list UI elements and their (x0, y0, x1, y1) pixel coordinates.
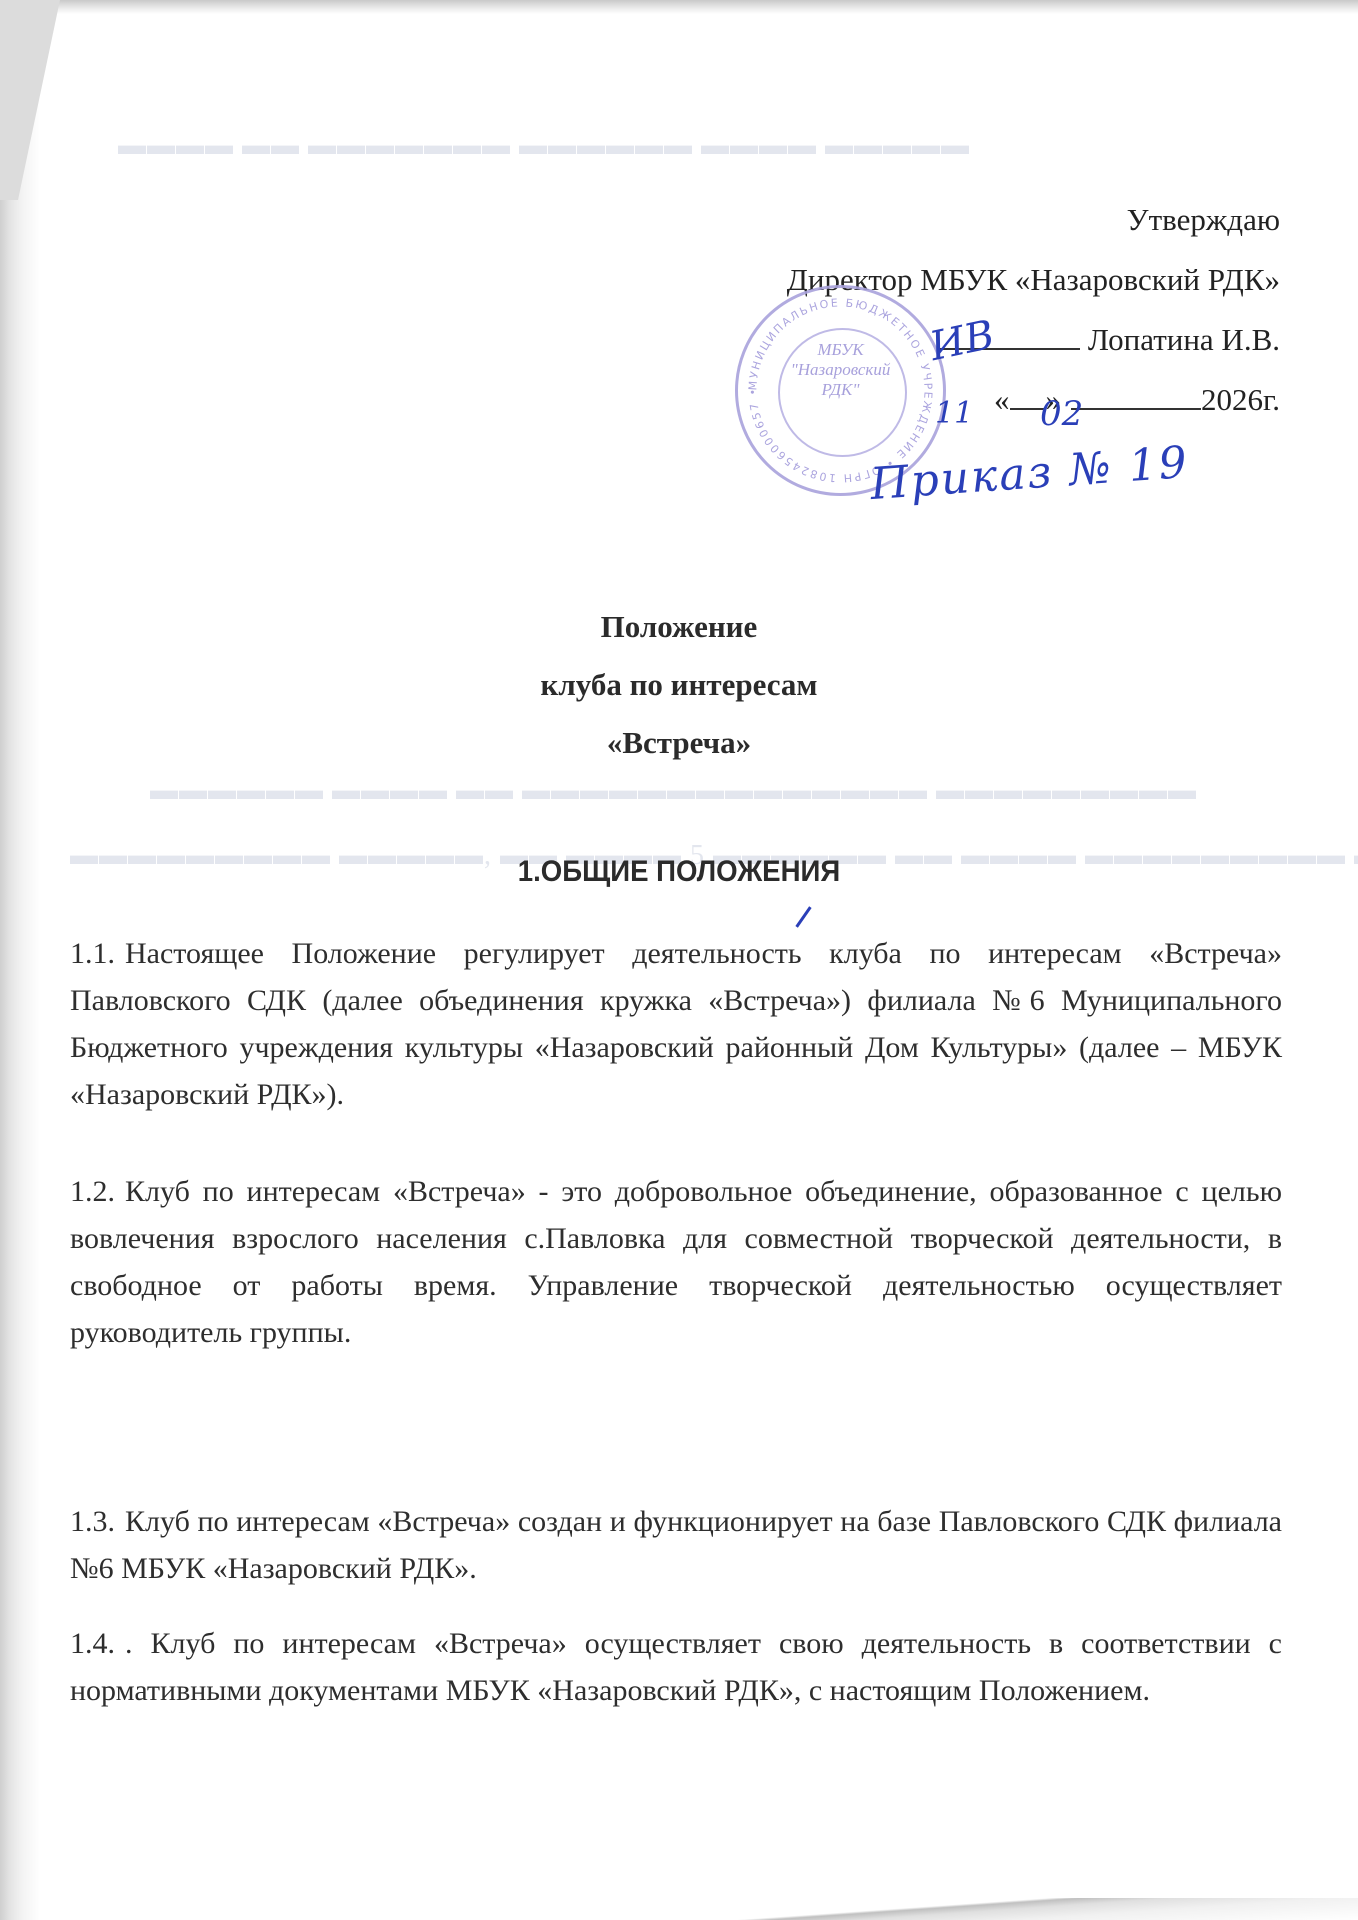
title-line-1: Положение (0, 598, 1358, 656)
signatory-name: Лопатина И.В. (1088, 322, 1280, 357)
paragraph-number: 1.1. (70, 937, 115, 970)
stamp-center-line: РДК" (738, 380, 943, 400)
handwritten-month: 02 (1040, 394, 1083, 434)
paragraph-1-3: 1.3.Клуб по интересам «Встреча» создан и… (70, 1498, 1282, 1592)
paragraph-1-1: 1.1.Настоящее Положение регулирует деяте… (70, 930, 1282, 1118)
paragraph-number: 1.2. (70, 1175, 115, 1208)
date-open-quote: « (994, 382, 1010, 417)
document-title: Положение клуба по интересам «Встреча» (0, 598, 1358, 772)
title-line-2: клуба по интересам (0, 656, 1358, 714)
paragraph-text: . Клуб по интересам «Встреча» осуществля… (70, 1627, 1282, 1707)
handwritten-day: 11 (935, 396, 973, 431)
paragraph-number: 1.3. (70, 1505, 115, 1538)
stamp-center-text: МБУК "Назаровский РДК" (738, 340, 943, 400)
title-line-3: «Встреча» (0, 714, 1358, 772)
paragraph-text: Настоящее Положение регулирует деятельно… (70, 937, 1282, 1111)
approve-label: Утверждаю (787, 190, 1280, 250)
section-heading: 1.ОБЩИЕ ПОЛОЖЕНИЯ (54, 855, 1303, 889)
paragraph-1-4: 1.4.. Клуб по интересам «Встреча» осущес… (70, 1620, 1282, 1714)
scan-shadow-left (0, 0, 52, 1920)
bleed-through-text: ▬▬▬▬ ▬▬ ▬▬▬▬▬▬▬ ▬▬▬▬▬▬ ▬▬▬▬ ▬▬▬▬▬ (118, 130, 970, 162)
pen-mark-icon (795, 906, 811, 927)
paragraph-text: Клуб по интересам «Встреча» - это добров… (70, 1175, 1282, 1349)
date-year: 2026г. (1201, 382, 1280, 417)
paragraph-number: 1.4. (70, 1627, 115, 1660)
stamp-center-line: МБУК (738, 340, 943, 360)
paragraph-1-2: 1.2.Клуб по интересам «Встреча» - это до… (70, 1168, 1282, 1356)
bleed-through-text: ▬▬▬▬▬▬ ▬▬▬▬ ▬▬ ▬▬▬▬▬▬▬▬▬▬▬▬▬▬ ▬▬▬▬▬▬▬▬▬ (150, 775, 1197, 807)
scan-bottom-edge (538, 1898, 1358, 1920)
scan-shadow-top (0, 0, 1358, 14)
stamp-center-line: "Назаровский (738, 360, 943, 380)
date-month-blank (1071, 382, 1201, 410)
paragraph-text: Клуб по интересам «Встреча» создан и фун… (70, 1505, 1282, 1585)
